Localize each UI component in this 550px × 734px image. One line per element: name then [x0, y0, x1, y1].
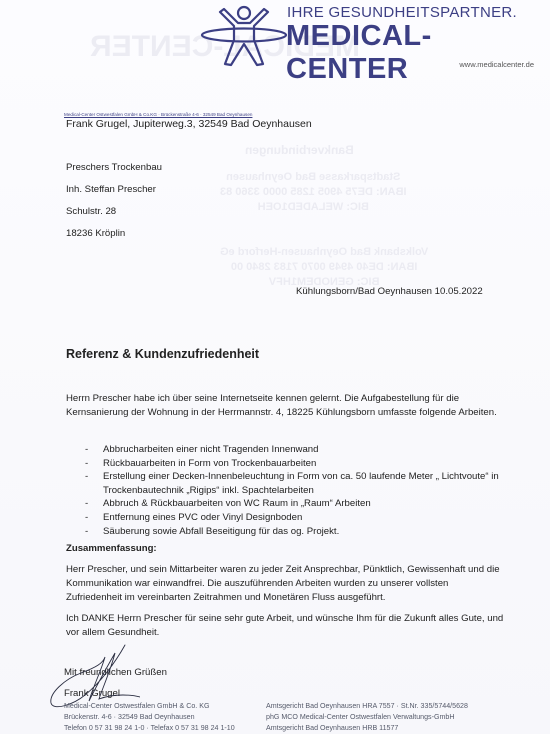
place-date: Kühlungsborn/Bad Oeynhausen 10.05.2022 [296, 286, 483, 297]
letter-page: MEDICAL-CENTER Bankverbindungen Stadtspa… [0, 0, 550, 734]
list-item: -Säuberung sowie Abfall Beseitigung für … [85, 525, 515, 539]
recipient-street: Schulstr. 28 [66, 206, 116, 217]
sender-return-line: Medical-Center Ostwestfalen GmbH & Co.KG… [64, 112, 252, 117]
letterhead-website: www.medicalcenter.de [459, 60, 534, 69]
from-address: Frank Grugel, Jupiterweg.3, 32549 Bad Oe… [66, 118, 312, 130]
recipient-city: 18236 Kröplin [66, 228, 125, 239]
letterhead-tagline: IHRE GESUNDHEITSPARTNER. [287, 4, 517, 21]
recipient-owner: Inh. Steffan Prescher [66, 184, 156, 195]
recipient-company: Preschers Trockenbau [66, 162, 162, 173]
bleed-through-heading: Bankverbindungen [245, 143, 354, 157]
summary-heading: Zusammenfassung: [66, 543, 157, 554]
list-item: -Abbruch & Rückbauarbeiten von WC Raum i… [85, 497, 515, 511]
task-list: -Abbrucharbeiten einer nicht Tragenden I… [85, 443, 515, 538]
list-item: -Entfernung eines PVC oder Vinyl Designb… [85, 511, 515, 525]
footer-company-info: Medical-Center Ostwestfalen GmbH & Co. K… [64, 701, 235, 733]
list-item: -Erstellung einer Decken-Innenbeleuchtun… [85, 470, 515, 497]
letter-subject: Referenz & Kundenzufriedenheit [66, 347, 259, 361]
footer-registry-info: Amtsgericht Bad Oeynhausen HRA 7557 · St… [266, 701, 468, 733]
bleed-through-bank1: Stadtsparkasse Bad Oeynhausen IBAN: DE75… [220, 170, 407, 215]
person-with-ring-icon [198, 2, 288, 68]
bleed-through-bank2: Volksbank Bad Oeynhausen-Herford eG IBAN… [220, 245, 428, 290]
thanks-paragraph: Ich DANKE Herrn Prescher für seine sehr … [66, 612, 506, 640]
list-item: -Abbrucharbeiten einer nicht Tragenden I… [85, 443, 515, 457]
list-item: -Rückbauarbeiten in Form von Trockenbaua… [85, 457, 515, 471]
intro-paragraph: Herrn Prescher habe ich über seine Inter… [66, 392, 506, 420]
summary-paragraph: Herr Prescher, und sein Mittarbeiter war… [66, 563, 506, 605]
letterhead-brand: MEDICAL-CENTER [286, 20, 550, 86]
